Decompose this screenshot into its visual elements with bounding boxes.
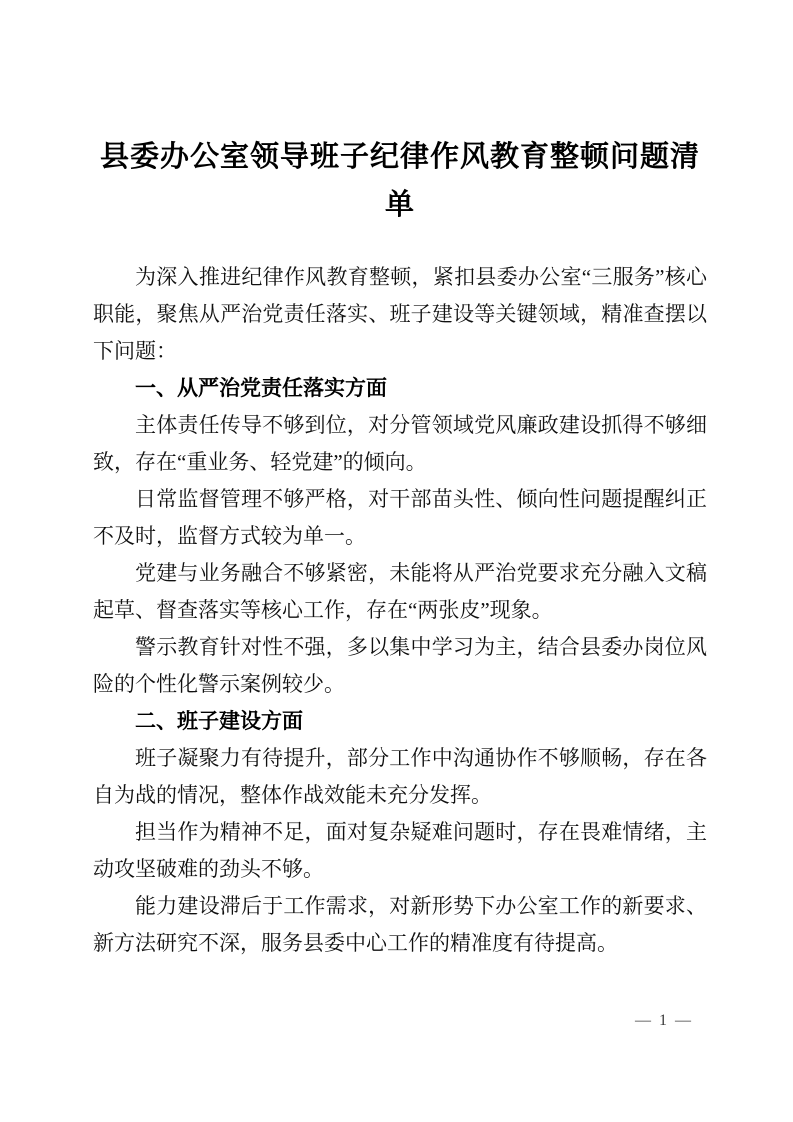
paragraph: 日常监督管理不够严格，对干部苗头性、倾向性问题提醒纠正不及时，监督方式较为单一。 — [93, 481, 707, 555]
paragraph: 党建与业务融合不够紧密，未能将从严治党要求充分融入文稿起草、督查落实等核心工作，… — [93, 555, 707, 629]
document-body: 为深入推进纪律作风教育整顿，紧扣县委办公室“三服务”核心职能，聚焦从严治党责任落… — [93, 259, 707, 962]
section-heading-2: 二、班子建设方面 — [93, 703, 707, 740]
paragraph: 班子凝聚力有待提升，部分工作中沟通协作不够顺畅，存在各自为战的情况，整体作战效能… — [93, 740, 707, 814]
page-number: — 1 — — [635, 1008, 693, 1034]
section-heading-1: 一、从严治党责任落实方面 — [93, 370, 707, 407]
paragraph: 警示教育针对性不强，多以集中学习为主，结合县委办岗位风险的个性化警示案例较少。 — [93, 629, 707, 703]
paragraph: 担当作为精神不足，面对复杂疑难问题时，存在畏难情绪，主动攻坚破难的劲头不够。 — [93, 814, 707, 888]
document-page: 县委办公室领导班子纪律作风教育整顿问题清单 为深入推进纪律作风教育整顿，紧扣县委… — [0, 0, 793, 1122]
paragraph: 能力建设滞后于工作需求，对新形势下办公室工作的新要求、新方法研究不深，服务县委中… — [93, 888, 707, 962]
intro-paragraph: 为深入推进纪律作风教育整顿，紧扣县委办公室“三服务”核心职能，聚焦从严治党责任落… — [93, 259, 707, 370]
paragraph: 主体责任传导不够到位，对分管领域党风廉政建设抓得不够细致，存在“重业务、轻党建”… — [93, 407, 707, 481]
document-title: 县委办公室领导班子纪律作风教育整顿问题清单 — [93, 133, 707, 229]
